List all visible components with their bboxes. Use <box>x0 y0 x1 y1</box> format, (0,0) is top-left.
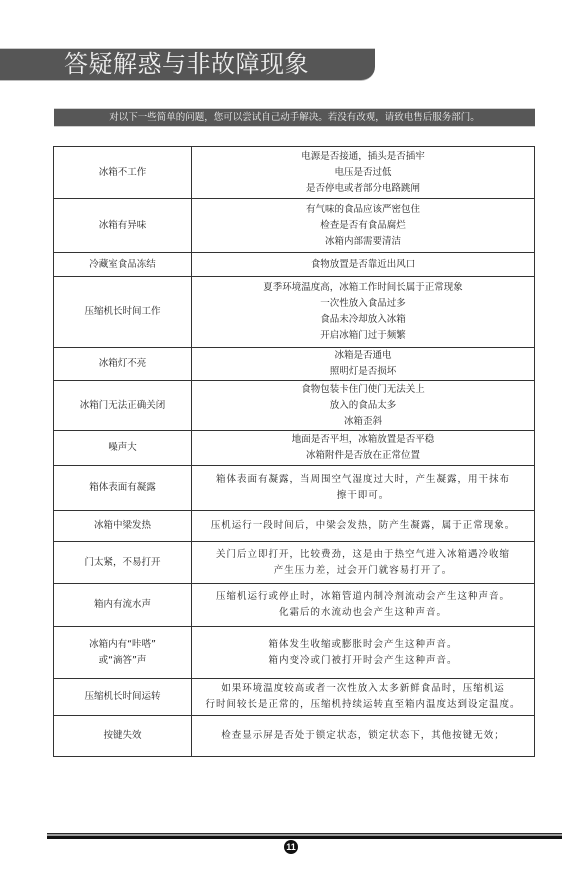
solution-text: 擦干即可。 <box>192 488 534 504</box>
problem-cell: 冰箱门无法正确关闭 <box>54 381 192 431</box>
solution-text: 食物放置是否靠近出风口 <box>192 257 534 273</box>
problem-cell: 按键失效 <box>54 716 192 757</box>
table-row: 压缩机长时间工作夏季环境温度高，冰箱工作时间长属于正常现象一次性放入食品过多食品… <box>54 277 535 348</box>
solution-text: 地面是否平坦，冰箱放置是否平稳 <box>192 432 534 448</box>
solution-text: 食品未冷却放入冰箱 <box>192 312 534 328</box>
problem-cell: 箱体表面有凝露 <box>54 466 192 511</box>
problem-text: 冰箱中梁发热 <box>54 518 191 534</box>
solution-text: 压缩机运行或停止时，冰箱管道内制冷剂流动会产生这种声音。 <box>192 589 534 605</box>
problem-cell: 冷藏室食品冻结 <box>54 253 192 277</box>
problem-text: 按键失效 <box>54 728 191 744</box>
solution-text: 如果环境温度较高或者一次性放入太多新鲜食品时，压缩机运 <box>192 681 534 697</box>
table-row: 冰箱门无法正确关闭食物包装卡住门使门无法关上放入的食品太多冰箱歪斜 <box>54 381 535 431</box>
footer-divider <box>47 833 562 839</box>
solution-text: 关门后立即打开，比较费劲，这是由于热空气进入冰箱遇冷收缩 <box>192 547 534 563</box>
solution-cell: 箱体发生收缩或膨胀时会产生这种声音。箱内变冷或门被打开时会产生这种声音。 <box>192 627 535 679</box>
table-row: 噪声大地面是否平坦，冰箱放置是否平稳冰箱附件是否放在正常位置 <box>54 431 535 466</box>
intro-banner: 对以下一些简单的问题，您可以尝试自己动手解决。若没有改观，请致电售后服务部门。 <box>54 108 535 127</box>
problem-text: 压缩机长时间运转 <box>54 689 191 705</box>
table-row: 按键失效检查显示屏是否处于锁定状态，锁定状态下，其他按键无效； <box>54 716 535 757</box>
solution-text: 冰箱是否通电 <box>192 348 534 364</box>
problem-cell: 压缩机长时间运转 <box>54 679 192 716</box>
solution-cell: 地面是否平坦，冰箱放置是否平稳冰箱附件是否放在正常位置 <box>192 431 535 466</box>
table-row: 压缩机长时间运转如果环境温度较高或者一次性放入太多新鲜食品时，压缩机运行时间较长… <box>54 679 535 716</box>
solution-text: 是否停电或者部分电路跳闸 <box>192 181 534 197</box>
problem-text: 冰箱有异味 <box>54 218 191 234</box>
page-number-badge: 11 <box>284 840 298 854</box>
solution-text: 食物包装卡住门使门无法关上 <box>192 382 534 398</box>
problem-text: 冰箱门无法正确关闭 <box>54 398 191 414</box>
solution-text: 检查是否有食品腐烂 <box>192 218 534 234</box>
solution-text: 有气味的食品应该严密包住 <box>192 202 534 218</box>
table-row: 门太紧，不易打开关门后立即打开，比较费劲，这是由于热空气进入冰箱遇冷收缩产生压力… <box>54 542 535 584</box>
troubleshooting-table-body: 冰箱不工作电源是否接通，插头是否插牢电压是否过低是否停电或者部分电路跳闸冰箱有异… <box>54 147 535 757</box>
solution-text: 箱体发生收缩或膨胀时会产生这种声音。 <box>192 637 534 653</box>
problem-text: 箱体表面有凝露 <box>54 480 191 496</box>
solution-text: 冰箱内部需要清洁 <box>192 234 534 250</box>
solution-cell: 食物包装卡住门使门无法关上放入的食品太多冰箱歪斜 <box>192 381 535 431</box>
problem-cell: 冰箱有异味 <box>54 199 192 253</box>
problem-cell: 压缩机长时间工作 <box>54 277 192 348</box>
solution-text: 冰箱附件是否放在正常位置 <box>192 448 534 464</box>
problem-text: 冰箱内有“咔嗒” <box>54 637 191 653</box>
problem-cell: 噪声大 <box>54 431 192 466</box>
problem-text: 冰箱不工作 <box>54 165 191 181</box>
solution-text: 电源是否接通，插头是否插牢 <box>192 149 534 165</box>
solution-cell: 检查显示屏是否处于锁定状态，锁定状态下，其他按键无效； <box>192 716 535 757</box>
problem-cell: 冰箱中梁发热 <box>54 511 192 542</box>
table-row: 冰箱中梁发热压机运行一段时间后，中梁会发热，防产生凝露，属于正常现象。 <box>54 511 535 542</box>
problem-text: 门太紧，不易打开 <box>54 555 191 571</box>
solution-text: 电压是否过低 <box>192 165 534 181</box>
solution-text: 箱体表面有凝露，当周围空气湿度过大时，产生凝露，用干抹布 <box>192 472 534 488</box>
solution-cell: 夏季环境温度高，冰箱工作时间长属于正常现象一次性放入食品过多食品未冷却放入冰箱开… <box>192 277 535 348</box>
table-row: 冰箱不工作电源是否接通，插头是否插牢电压是否过低是否停电或者部分电路跳闸 <box>54 147 535 199</box>
solution-text: 检查显示屏是否处于锁定状态，锁定状态下，其他按键无效； <box>192 728 534 744</box>
table-row: 冰箱内有“咔嗒”或“滴答”声箱体发生收缩或膨胀时会产生这种声音。箱内变冷或门被打… <box>54 627 535 679</box>
solution-text: 冰箱歪斜 <box>192 414 534 430</box>
table-row: 冷藏室食品冻结食物放置是否靠近出风口 <box>54 253 535 277</box>
solution-cell: 压机运行一段时间后，中梁会发热，防产生凝露，属于正常现象。 <box>192 511 535 542</box>
solution-cell: 如果环境温度较高或者一次性放入太多新鲜食品时，压缩机运行时间较长是正常的，压缩机… <box>192 679 535 716</box>
table-row: 冰箱有异味有气味的食品应该严密包住检查是否有食品腐烂冰箱内部需要清洁 <box>54 199 535 253</box>
table-row: 箱内有流水声压缩机运行或停止时，冰箱管道内制冷剂流动会产生这种声音。化霜后的水流… <box>54 584 535 627</box>
solution-cell: 关门后立即打开，比较费劲，这是由于热空气进入冰箱遇冷收缩产生压力差，过会开门就容… <box>192 542 535 584</box>
problem-text: 箱内有流水声 <box>54 597 191 613</box>
solution-cell: 压缩机运行或停止时，冰箱管道内制冷剂流动会产生这种声音。化霜后的水流动也会产生这… <box>192 584 535 627</box>
solution-text: 产生压力差，过会开门就容易打开了。 <box>192 563 534 579</box>
solution-text: 一次性放入食品过多 <box>192 296 534 312</box>
solution-text: 照明灯是否损坏 <box>192 364 534 380</box>
problem-cell: 冰箱内有“咔嗒”或“滴答”声 <box>54 627 192 679</box>
solution-text: 化霜后的水流动也会产生这种声音。 <box>192 605 534 621</box>
solution-text: 放入的食品太多 <box>192 398 534 414</box>
problem-text: 冷藏室食品冻结 <box>54 257 191 273</box>
page-title: 答疑解惑与非故障现象 <box>64 49 309 80</box>
solution-cell: 食物放置是否靠近出风口 <box>192 253 535 277</box>
table-row: 冰箱灯不亮冰箱是否通电照明灯是否损坏 <box>54 348 535 381</box>
problem-text: 噪声大 <box>54 440 191 456</box>
problem-cell: 箱内有流水声 <box>54 584 192 627</box>
solution-cell: 箱体表面有凝露，当周围空气湿度过大时，产生凝露，用干抹布擦干即可。 <box>192 466 535 511</box>
solution-text: 压机运行一段时间后，中梁会发热，防产生凝露，属于正常现象。 <box>192 518 534 534</box>
solution-text: 夏季环境温度高，冰箱工作时间长属于正常现象 <box>192 280 534 296</box>
problem-text: 冰箱灯不亮 <box>54 356 191 372</box>
problem-text: 或“滴答”声 <box>54 653 191 669</box>
solution-text: 开启冰箱门过于频繁 <box>192 328 534 344</box>
table-row: 箱体表面有凝露箱体表面有凝露，当周围空气湿度过大时，产生凝露，用干抹布擦干即可。 <box>54 466 535 511</box>
problem-text: 压缩机长时间工作 <box>54 304 191 320</box>
solution-text: 行时间较长是正常的，压缩机持续运转直至箱内温度达到设定温度。 <box>192 697 534 713</box>
solution-cell: 有气味的食品应该严密包住检查是否有食品腐烂冰箱内部需要清洁 <box>192 199 535 253</box>
problem-cell: 门太紧，不易打开 <box>54 542 192 584</box>
problem-cell: 冰箱不工作 <box>54 147 192 199</box>
solution-text: 箱内变冷或门被打开时会产生这种声音。 <box>192 653 534 669</box>
section-title-bar: 答疑解惑与非故障现象 <box>0 48 375 81</box>
solution-cell: 冰箱是否通电照明灯是否损坏 <box>192 348 535 381</box>
troubleshooting-table: 冰箱不工作电源是否接通，插头是否插牢电压是否过低是否停电或者部分电路跳闸冰箱有异… <box>53 146 535 757</box>
problem-cell: 冰箱灯不亮 <box>54 348 192 381</box>
solution-cell: 电源是否接通，插头是否插牢电压是否过低是否停电或者部分电路跳闸 <box>192 147 535 199</box>
